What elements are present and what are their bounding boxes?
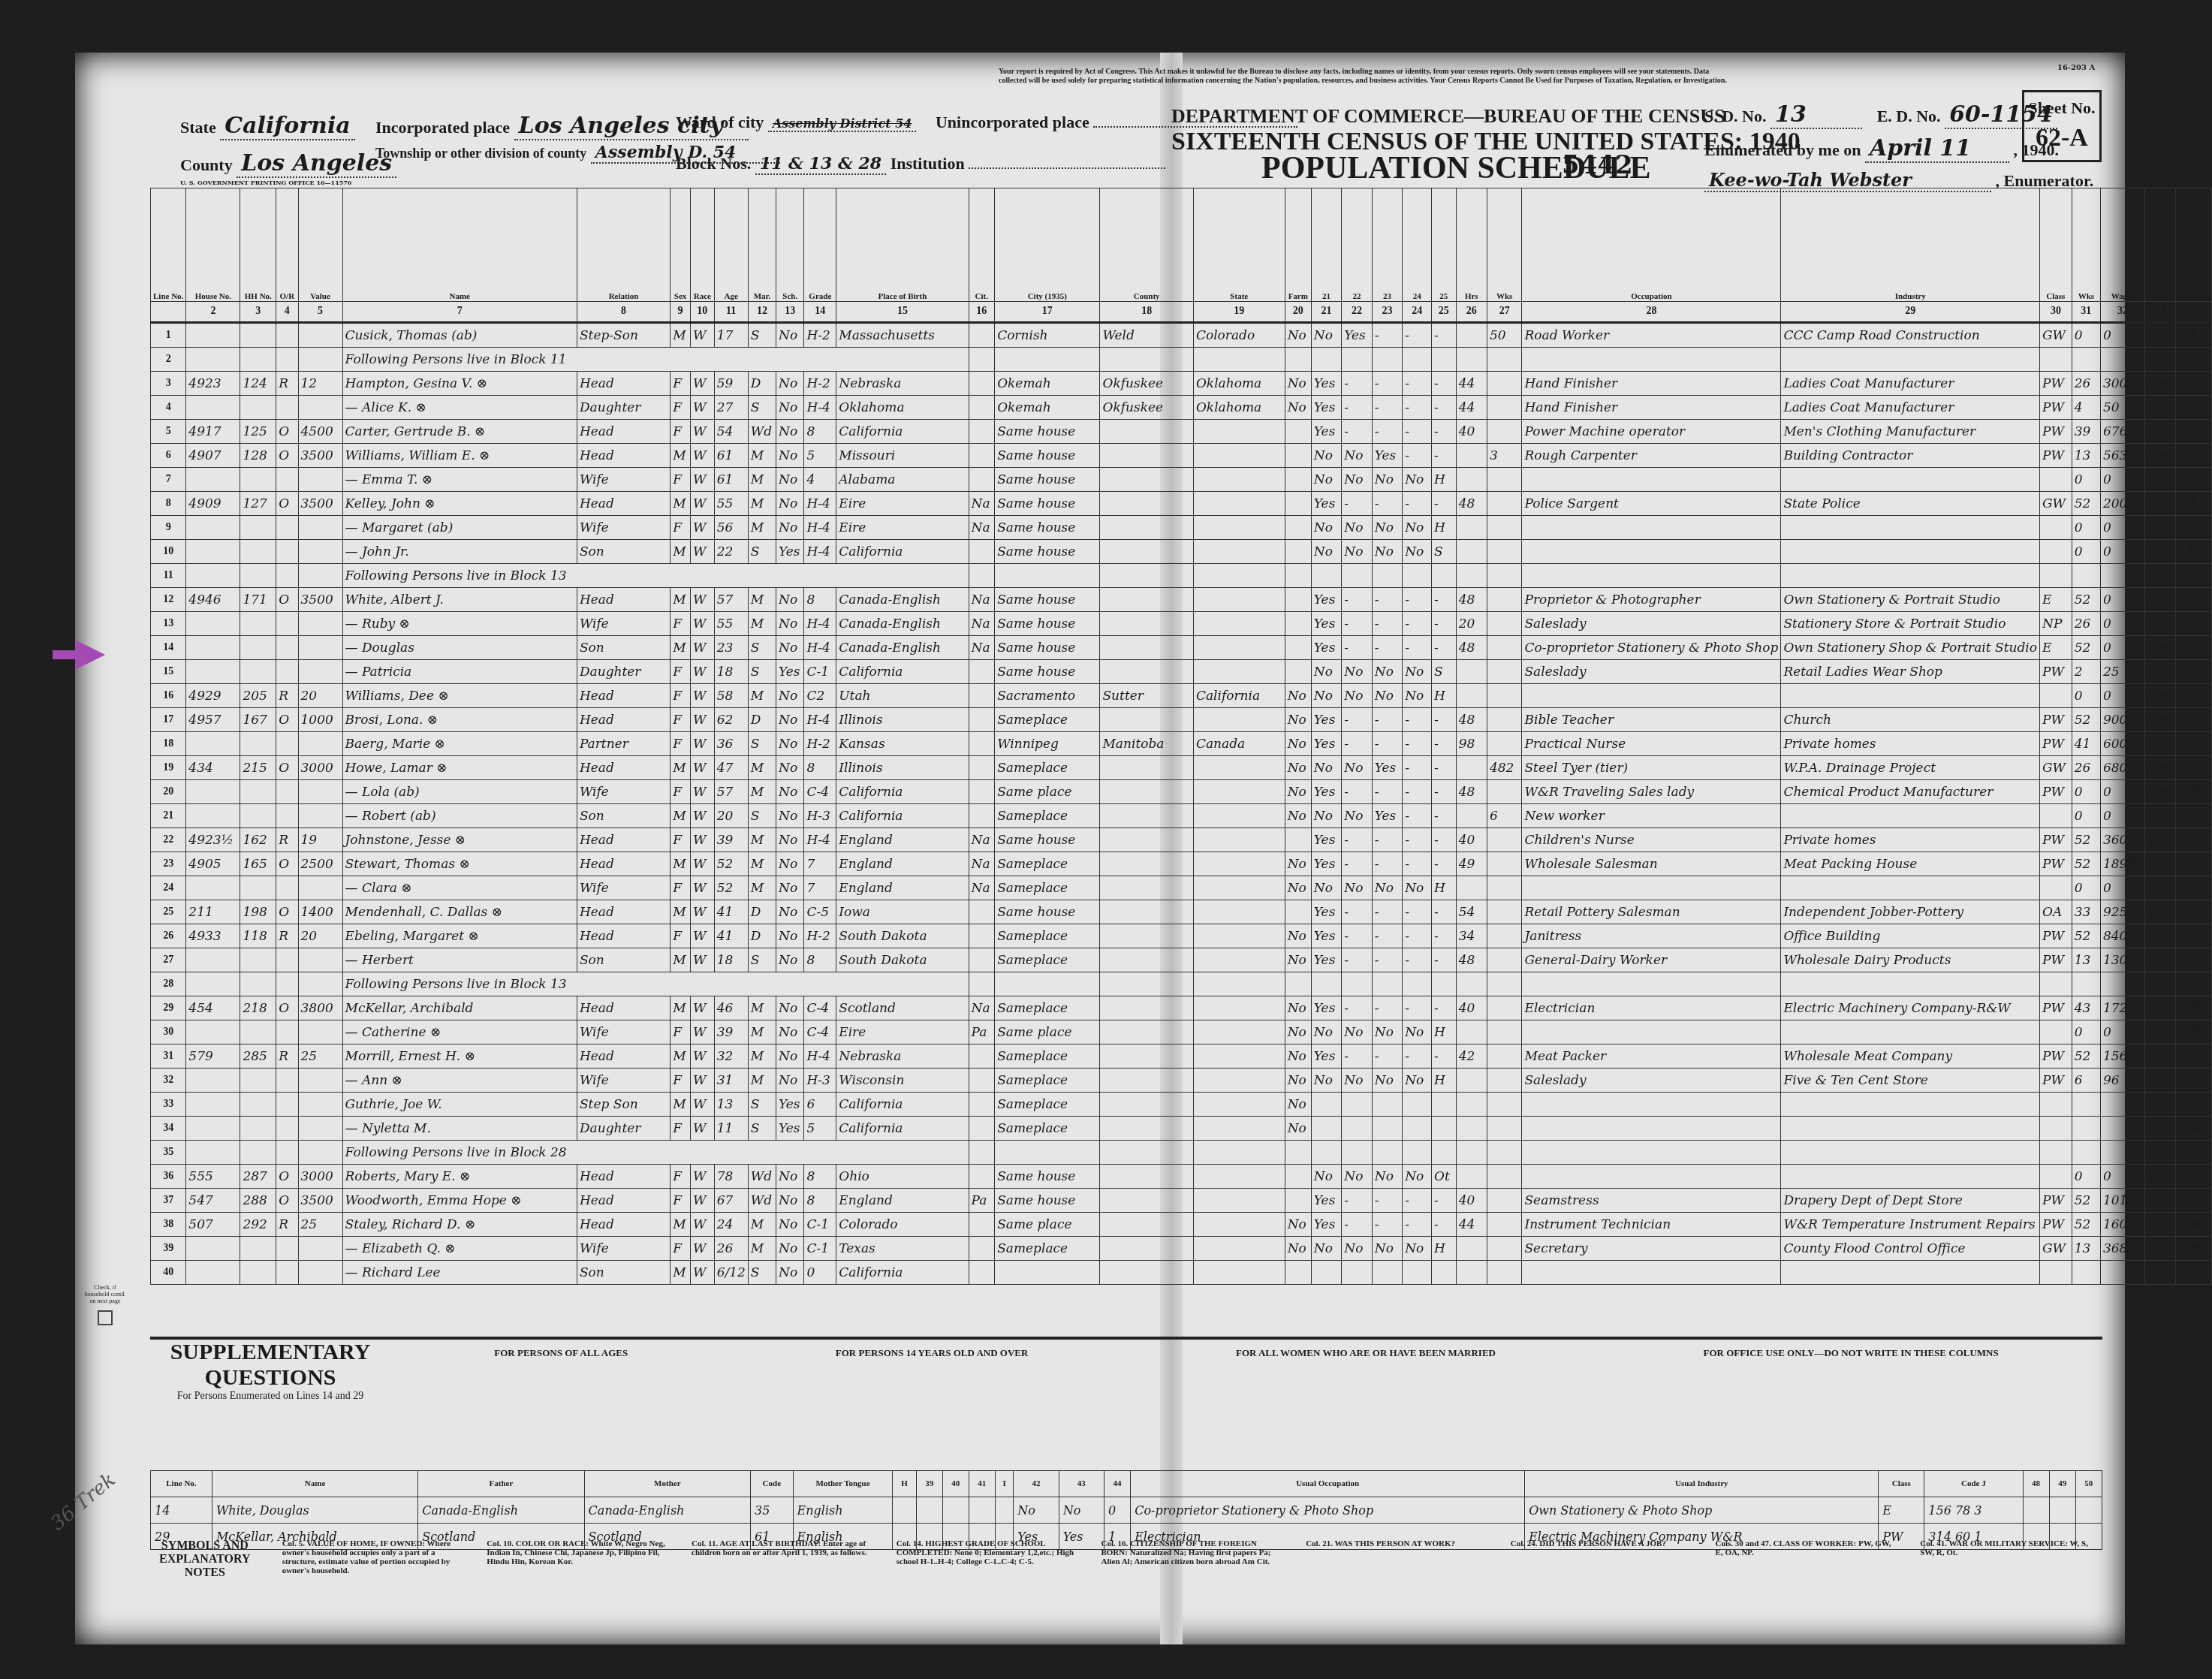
cell-age: 24 — [714, 1213, 748, 1237]
cell-rco — [1100, 1020, 1193, 1044]
cell-c24: - — [1403, 492, 1432, 516]
cell-ln: 24 — [151, 876, 186, 900]
cell-gr: 0 — [804, 1261, 836, 1285]
cell-ln: 30 — [151, 1020, 186, 1044]
cell-own: O — [276, 900, 298, 924]
cell-cls: PW — [2040, 372, 2072, 396]
cell-race: W — [690, 684, 714, 708]
supp-column-header: 43 — [1059, 1471, 1104, 1497]
cell-sch: No — [776, 1044, 804, 1069]
cell-occ — [1522, 1093, 1781, 1117]
cell-c22 — [1342, 1261, 1372, 1285]
column-header: Wks — [1487, 188, 1522, 302]
column-header: O/R — [276, 188, 298, 302]
cell-ww: 52 — [2072, 492, 2100, 516]
cell-rco — [1100, 876, 1193, 900]
cell-hh: 285 — [240, 1044, 276, 1069]
table-row: 37547288O3500Woodworth, Emma Hope ⊗HeadF… — [151, 1189, 2212, 1213]
cell-own — [276, 1093, 298, 1117]
cell-mar: S — [748, 1261, 776, 1285]
cell-wks — [1487, 372, 1522, 396]
cell-bp: Eire — [836, 1020, 969, 1044]
cell-c23: - — [1372, 900, 1402, 924]
cell-name: Johnstone, Jesse ⊗ — [342, 828, 577, 852]
cell-rco — [1100, 612, 1193, 636]
cell-sex: M — [671, 948, 691, 972]
supp-cell: 0 — [1104, 1497, 1131, 1524]
cell-rf: No — [1285, 780, 1311, 804]
cell-ln: 29 — [2176, 996, 2212, 1020]
cell-wage: 0 — [2100, 876, 2144, 900]
cell-mar: M — [748, 468, 776, 492]
cell-rs — [1193, 876, 1285, 900]
cell-c21: Yes — [1311, 612, 1341, 636]
cell-val — [298, 948, 342, 972]
cell-val — [298, 540, 342, 564]
supp-column-header: 39 — [916, 1471, 942, 1497]
cell-rel: Partner — [577, 732, 670, 756]
supp-cell: 156 78 3 — [1924, 1497, 2023, 1524]
column-number: 8 — [577, 302, 670, 323]
supp-cell — [995, 1497, 1013, 1524]
cell-hh — [240, 516, 276, 540]
cell-age: 61 — [714, 468, 748, 492]
cell-ln: 24 — [2176, 876, 2212, 900]
cell-c22: No — [1342, 684, 1372, 708]
cell-c21: No — [1311, 756, 1341, 780]
column-number: 3 — [240, 302, 276, 323]
cell-c23: - — [1372, 780, 1402, 804]
enumeration-date: April 11 — [1865, 135, 2009, 163]
cell-c25: - — [1432, 852, 1457, 876]
cell-wage — [2100, 1093, 2144, 1117]
cell-mar: M — [748, 612, 776, 636]
cell-c21: No — [1311, 804, 1341, 828]
cell-wage: 1560 — [2100, 1044, 2144, 1069]
cell-oi: No — [2144, 420, 2176, 444]
column-number: 7 — [342, 302, 577, 323]
cell-c25 — [1432, 1261, 1457, 1285]
cell-wage: 0 — [2100, 588, 2144, 612]
cell-bp: California — [836, 1093, 969, 1117]
cell-sch: No — [776, 852, 804, 876]
cell-val — [298, 732, 342, 756]
cell-hrs: 48 — [1456, 636, 1487, 660]
column-number: 26 — [1456, 302, 1487, 323]
department-title: DEPARTMENT OF COMMERCE—BUREAU OF THE CEN… — [1171, 105, 1725, 128]
cell-c21: No — [1311, 516, 1341, 540]
cell-name: — Elizabeth Q. ⊗ — [342, 1237, 577, 1261]
cell-c25: - — [1432, 420, 1457, 444]
cell-cls: PW — [2040, 1069, 2072, 1093]
cell-oi: Yes — [2144, 900, 2176, 924]
cell-rel: Step-Son — [577, 323, 670, 348]
cell-ind — [1781, 684, 2040, 708]
cell-ww: 13 — [2072, 948, 2100, 972]
cell-cit — [969, 1093, 995, 1117]
table-row: 36555287O3000Roberts, Mary E. ⊗HeadFW78W… — [151, 1165, 2212, 1189]
cell-race: W — [690, 1117, 714, 1141]
cell-rs — [1193, 1165, 1285, 1189]
cell-c25: - — [1432, 323, 1457, 348]
cell-house: 4957 — [186, 708, 240, 732]
cell-c23 — [1372, 1117, 1402, 1141]
cell-cit — [969, 420, 995, 444]
column-header: Mar. — [748, 188, 776, 302]
cell-c24: No — [1403, 660, 1432, 684]
cell-ln: 6 — [2176, 444, 2212, 468]
cell-sch: No — [776, 516, 804, 540]
cell-rel: Son — [577, 636, 670, 660]
cell-own: O — [276, 444, 298, 468]
cell-rf: No — [1285, 1069, 1311, 1093]
cell-c21: No — [1311, 323, 1341, 348]
cell-rs — [1193, 1189, 1285, 1213]
cell-ww: 26 — [2072, 756, 2100, 780]
cell-c24: - — [1403, 996, 1432, 1020]
cell-ww: 0 — [2072, 804, 2100, 828]
cell-rf: No — [1285, 1093, 1311, 1117]
cell-ln: 25 — [151, 900, 186, 924]
cell-oi: Yes — [2144, 780, 2176, 804]
cell-ind: Independent Jobber-Pottery — [1781, 900, 2040, 924]
cell-age: 39 — [714, 1020, 748, 1044]
cell-cls — [2040, 804, 2072, 828]
cell-rco: Okfuskee — [1100, 372, 1193, 396]
cell-hrs: 40 — [1456, 828, 1487, 852]
cell-age: 13 — [714, 1093, 748, 1117]
cell-name: — Emma T. ⊗ — [342, 468, 577, 492]
cell-sch: Yes — [776, 660, 804, 684]
cell-age: 22 — [714, 540, 748, 564]
cell-house — [186, 516, 240, 540]
cell-cit — [969, 780, 995, 804]
cell-name: Mendenhall, C. Dallas ⊗ — [342, 900, 577, 924]
cell-mar: S — [748, 540, 776, 564]
cell-c22: - — [1342, 420, 1372, 444]
cell-rf: No — [1285, 948, 1311, 972]
cell-c21: No — [1311, 1165, 1341, 1189]
cell-rc: Same house — [995, 660, 1100, 684]
supp-row: 14White, DouglasCanada-EnglishCanada-Eng… — [151, 1497, 2102, 1524]
cell-sch: No — [776, 1165, 804, 1189]
cell-name: — Alice K. ⊗ — [342, 396, 577, 420]
cell-ind: Wholesale Dairy Products — [1781, 948, 2040, 972]
cell-sex: F — [671, 1237, 691, 1261]
cell-sch: No — [776, 1261, 804, 1285]
cell-c25: - — [1432, 924, 1457, 948]
cell-c21 — [1311, 1117, 1341, 1141]
cell-sch: Yes — [776, 540, 804, 564]
cell-bp: California — [836, 420, 969, 444]
cell-rc — [995, 1261, 1100, 1285]
continued-checkbox[interactable] — [98, 1310, 113, 1325]
cell-own: R — [276, 924, 298, 948]
cell-c22: - — [1342, 780, 1372, 804]
cell-ind: Private homes — [1781, 732, 2040, 756]
cell-gr: C-4 — [804, 996, 836, 1020]
cell-ww: 52 — [2072, 708, 2100, 732]
cell-own — [276, 876, 298, 900]
cell-house — [186, 540, 240, 564]
cell-ind: Own Stationery Shop & Portrait Studio — [1781, 636, 2040, 660]
cell-house — [186, 1069, 240, 1093]
cell-ln: 33 — [151, 1093, 186, 1117]
cell-ln: 5 — [2176, 420, 2212, 444]
cell-c24: - — [1403, 588, 1432, 612]
cell-race: W — [690, 1069, 714, 1093]
cell-rco — [1100, 1261, 1193, 1285]
supp-cell — [893, 1497, 916, 1524]
cell-c25: - — [1432, 1213, 1457, 1237]
cell-cit — [969, 732, 995, 756]
table-row: 33Guthrie, Joe W.Step SonMW13SYes6Califo… — [151, 1093, 2212, 1117]
cell-own: R — [276, 828, 298, 852]
cell-oi: No — [2144, 468, 2176, 492]
cell-rel: Son — [577, 948, 670, 972]
cell-c21: No — [1311, 1069, 1341, 1093]
column-header: Farm — [1285, 188, 1311, 302]
cell-sex: M — [671, 1093, 691, 1117]
cell-rco — [1100, 444, 1193, 468]
cell-occ: Meat Packer — [1522, 1044, 1781, 1069]
cell-cls: E — [2040, 588, 2072, 612]
cell-hrs — [1456, 684, 1487, 708]
cell-occ — [1522, 876, 1781, 900]
cell-oi: Yes — [2144, 756, 2176, 780]
cell-c21: Yes — [1311, 636, 1341, 660]
supp-cell: White, Douglas — [212, 1497, 417, 1524]
table-row: 32— Ann ⊗WifeFW31MNoH-3WisconsinSameplac… — [151, 1069, 2212, 1093]
cell-ww: 52 — [2072, 924, 2100, 948]
cell-rel: Head — [577, 756, 670, 780]
cell-own — [276, 540, 298, 564]
table-row: 34— Nyletta M.DaughterFW11SYes5Californi… — [151, 1117, 2212, 1141]
cell-cit: Na — [969, 516, 995, 540]
table-row: 40— Richard LeeSonMW6/12SNo0California40 — [151, 1261, 2212, 1285]
cell-cls: PW — [2040, 1189, 2072, 1213]
cell-gr: H-4 — [804, 708, 836, 732]
cell-rc: Okemah — [995, 372, 1100, 396]
cell-occ: Retail Pottery Salesman — [1522, 900, 1781, 924]
cell-occ: Secretary — [1522, 1237, 1781, 1261]
cell-rf: No — [1285, 732, 1311, 756]
supp-column-header: I — [995, 1471, 1013, 1497]
cell-ln: 34 — [151, 1117, 186, 1141]
cell-rf: No — [1285, 1117, 1311, 1141]
cell-wage: 0 — [2100, 323, 2144, 348]
cell-own: O — [276, 1189, 298, 1213]
cell-c24 — [1403, 1261, 1432, 1285]
table-row: 10— John Jr.SonMW22SYesH-4CaliforniaSame… — [151, 540, 2212, 564]
cell-ln: 37 — [151, 1189, 186, 1213]
cell-wks — [1487, 780, 1522, 804]
cell-cit: Pa — [969, 1189, 995, 1213]
cell-oi: No — [2144, 732, 2176, 756]
cell-house — [186, 1020, 240, 1044]
cell-age: 23 — [714, 636, 748, 660]
cell-c23: - — [1372, 924, 1402, 948]
cell-wks — [1487, 948, 1522, 972]
cell-ind — [1781, 1261, 2040, 1285]
cell-own: O — [276, 996, 298, 1020]
cell-ww: 0 — [2072, 1020, 2100, 1044]
cell-cls: GW — [2040, 323, 2072, 348]
cell-rs — [1193, 636, 1285, 660]
column-header: Line No. — [2176, 188, 2212, 302]
cell-house — [186, 1261, 240, 1285]
cell-c21 — [1311, 1261, 1341, 1285]
cell-ln: 27 — [2176, 948, 2212, 972]
state-field: State California — [180, 113, 355, 140]
cell-gr: H-4 — [804, 516, 836, 540]
cell-hh — [240, 1020, 276, 1044]
cell-val — [298, 804, 342, 828]
cell-rf — [1285, 1261, 1311, 1285]
cell-rs — [1193, 1237, 1285, 1261]
cell-age: 39 — [714, 828, 748, 852]
supp-cell: Canada-English — [584, 1497, 750, 1524]
cell-hrs — [1456, 540, 1487, 564]
cell-house: 4909 — [186, 492, 240, 516]
cell-name: White, Albert J. — [342, 588, 577, 612]
cell-c25: S — [1432, 540, 1457, 564]
cell-c21: No — [1311, 468, 1341, 492]
column-header: Value — [298, 188, 342, 302]
cell-rel: Wife — [577, 780, 670, 804]
cell-rco — [1100, 540, 1193, 564]
cell-hrs — [1456, 1165, 1487, 1189]
cell-rco — [1100, 708, 1193, 732]
cell-c21: Yes — [1311, 780, 1341, 804]
cell-oi: No — [2144, 1069, 2176, 1093]
cell-ww: 0 — [2072, 516, 2100, 540]
cell-c24: - — [1403, 323, 1432, 348]
cell-wage: 1600 — [2100, 1213, 2144, 1237]
cell-c25 — [1432, 1093, 1457, 1117]
column-number — [151, 302, 186, 323]
cell-gr: C-1 — [804, 1213, 836, 1237]
cell-ind: Retail Ladies Wear Shop — [1781, 660, 2040, 684]
cell-mar: M — [748, 444, 776, 468]
cell-own — [276, 516, 298, 540]
cell-val: 19 — [298, 828, 342, 852]
cell-sch: No — [776, 1213, 804, 1237]
cell-c25: H — [1432, 516, 1457, 540]
column-number: 29 — [1781, 302, 2040, 323]
cell-age: 17 — [714, 323, 748, 348]
cell-bp: California — [836, 1261, 969, 1285]
cell-rc: Winnipeg — [995, 732, 1100, 756]
cell-race: W — [690, 1020, 714, 1044]
cell-rf: No — [1285, 852, 1311, 876]
sd-field: S. D. No. 13 E. D. No. 60-1154 — [1704, 101, 2057, 129]
cell-rco — [1100, 828, 1193, 852]
cell-sex: M — [671, 852, 691, 876]
cell-bp: England — [836, 828, 969, 852]
column-header: Cit. — [969, 188, 995, 302]
cell-oi: No — [2144, 924, 2176, 948]
cell-mar: D — [748, 900, 776, 924]
cell-sch: No — [776, 732, 804, 756]
column-number: 27 — [1487, 302, 1522, 323]
cell-sex: F — [671, 828, 691, 852]
cell-name: — Richard Lee — [342, 1261, 577, 1285]
cell-rs — [1193, 468, 1285, 492]
cell-c24: No — [1403, 684, 1432, 708]
cell-bp: Canada-English — [836, 588, 969, 612]
cell-cls: PW — [2040, 708, 2072, 732]
cell-name: — John Jr. — [342, 540, 577, 564]
cell-ind: State Police — [1781, 492, 2040, 516]
cell-ln: 3 — [151, 372, 186, 396]
cell-ln: 21 — [151, 804, 186, 828]
cell-house: 4917 — [186, 420, 240, 444]
supp-column-header: Class — [1879, 1471, 1924, 1497]
cell-cls: PW — [2040, 948, 2072, 972]
cell-hrs: 42 — [1456, 1044, 1487, 1069]
cell-oi: No — [2144, 323, 2176, 348]
cell-rel: Wife — [577, 1069, 670, 1093]
cell-val: 4500 — [298, 420, 342, 444]
cell-ln: 6 — [151, 444, 186, 468]
cell-val: 3500 — [298, 444, 342, 468]
cell-own — [276, 1069, 298, 1093]
table-row: 19434215O3000Howe, Lamar ⊗HeadMW47MNo8Il… — [151, 756, 2212, 780]
cell-hrs — [1456, 756, 1487, 780]
cell-hh — [240, 876, 276, 900]
cell-sch: No — [776, 684, 804, 708]
cell-hh: 124 — [240, 372, 276, 396]
cell-mar: S — [748, 323, 776, 348]
cell-c21: Yes — [1311, 852, 1341, 876]
cell-own — [276, 732, 298, 756]
cell-rf: No — [1285, 756, 1311, 780]
cell-mar: Wd — [748, 1189, 776, 1213]
cell-wage: 0 — [2100, 780, 2144, 804]
cell-bp: Colorado — [836, 1213, 969, 1237]
cell-rco — [1100, 1165, 1193, 1189]
supp-column-header: Line No. — [151, 1471, 212, 1497]
supp-column-header: Father — [418, 1471, 584, 1497]
cell-occ — [1522, 684, 1781, 708]
cell-rs — [1193, 924, 1285, 948]
cell-rs — [1193, 1020, 1285, 1044]
cell-rc: Same house — [995, 612, 1100, 636]
cell-ln: 20 — [2176, 780, 2212, 804]
cell-age: 55 — [714, 612, 748, 636]
cell-c23: - — [1372, 396, 1402, 420]
cell-cit — [969, 396, 995, 420]
cell-val — [298, 396, 342, 420]
cell-mar: M — [748, 1237, 776, 1261]
cell-c24: - — [1403, 708, 1432, 732]
cell-ln: 20 — [151, 780, 186, 804]
cell-c23: Yes — [1372, 804, 1402, 828]
cell-c23: - — [1372, 996, 1402, 1020]
cell-own — [276, 804, 298, 828]
column-number: 20 — [1285, 302, 1311, 323]
cell-gr: H-4 — [804, 828, 836, 852]
cell-wage: 50 — [2100, 396, 2144, 420]
cell-rf — [1285, 492, 1311, 516]
cell-cls: E — [2040, 636, 2072, 660]
cell-sex: F — [671, 396, 691, 420]
cell-c25: - — [1432, 1189, 1457, 1213]
cell-sex: M — [671, 900, 691, 924]
cell-name: Baerg, Marie ⊗ — [342, 732, 577, 756]
cell-c21 — [1311, 1093, 1341, 1117]
